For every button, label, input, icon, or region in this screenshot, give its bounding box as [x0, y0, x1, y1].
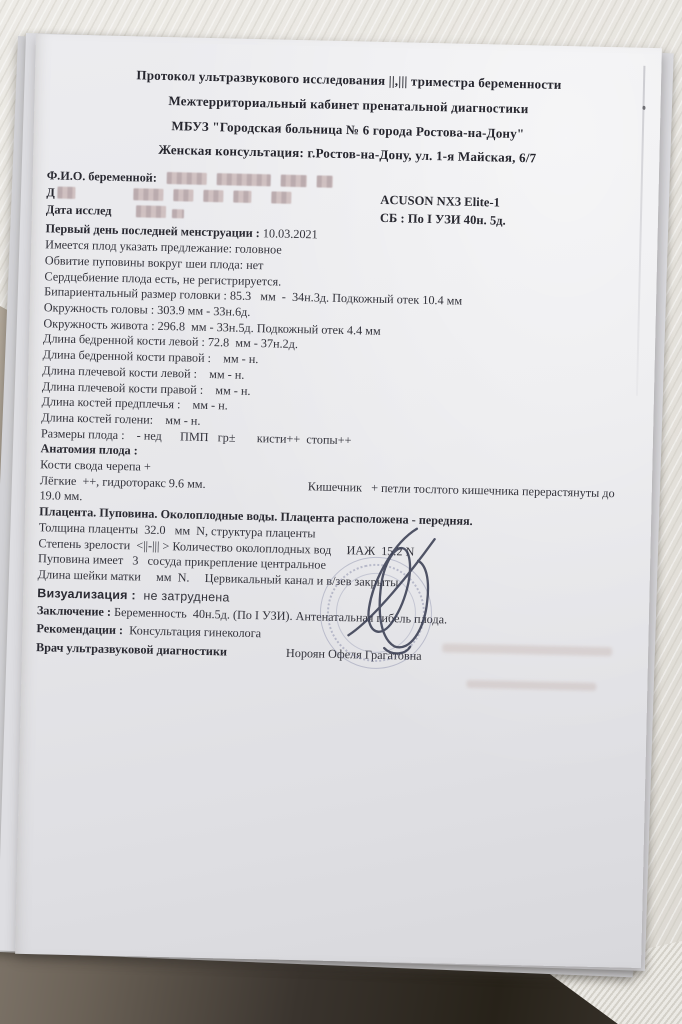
patient-name-prefix: Д [46, 185, 55, 199]
redaction-blur [204, 190, 224, 202]
redaction-blur [58, 187, 76, 199]
redaction-blur [317, 176, 333, 188]
ultrasound-device-block: ACUSON NX3 Elite-1 СБ : По I УЗИ 40н. 5д… [380, 192, 507, 230]
device-sb-line: СБ : По I УЗИ 40н. 5д. [380, 209, 506, 229]
redaction-blur [217, 173, 271, 186]
exam-date-label: Дата исслед [46, 202, 112, 217]
redaction-blur [135, 205, 165, 218]
redaction-blur [234, 191, 252, 203]
document-content: Протокол ультразвукового исследования ||… [15, 34, 662, 968]
redaction-blur [167, 172, 207, 185]
document-header: Протокол ультразвукового исследования ||… [47, 48, 649, 174]
document-paper: Протокол ультразвукового исследования ||… [15, 34, 662, 968]
redaction-blur [174, 189, 194, 201]
photo-scene: Протокол ультразвукового исследования ||… [0, 0, 682, 1024]
redaction-blur [171, 209, 183, 218]
redaction-blur [272, 192, 292, 204]
lmp-value: 10.03.2021 [260, 226, 318, 241]
doctor-label: Врач ультразвуковой диагностики [36, 640, 227, 658]
bleedthrough-mark [466, 680, 596, 691]
device-model: ACUSON NX3 Elite-1 [380, 192, 506, 212]
fio-label: Ф.И.О. беременной: [47, 168, 157, 184]
redaction-blur [134, 188, 164, 201]
redaction-blur [281, 175, 307, 188]
